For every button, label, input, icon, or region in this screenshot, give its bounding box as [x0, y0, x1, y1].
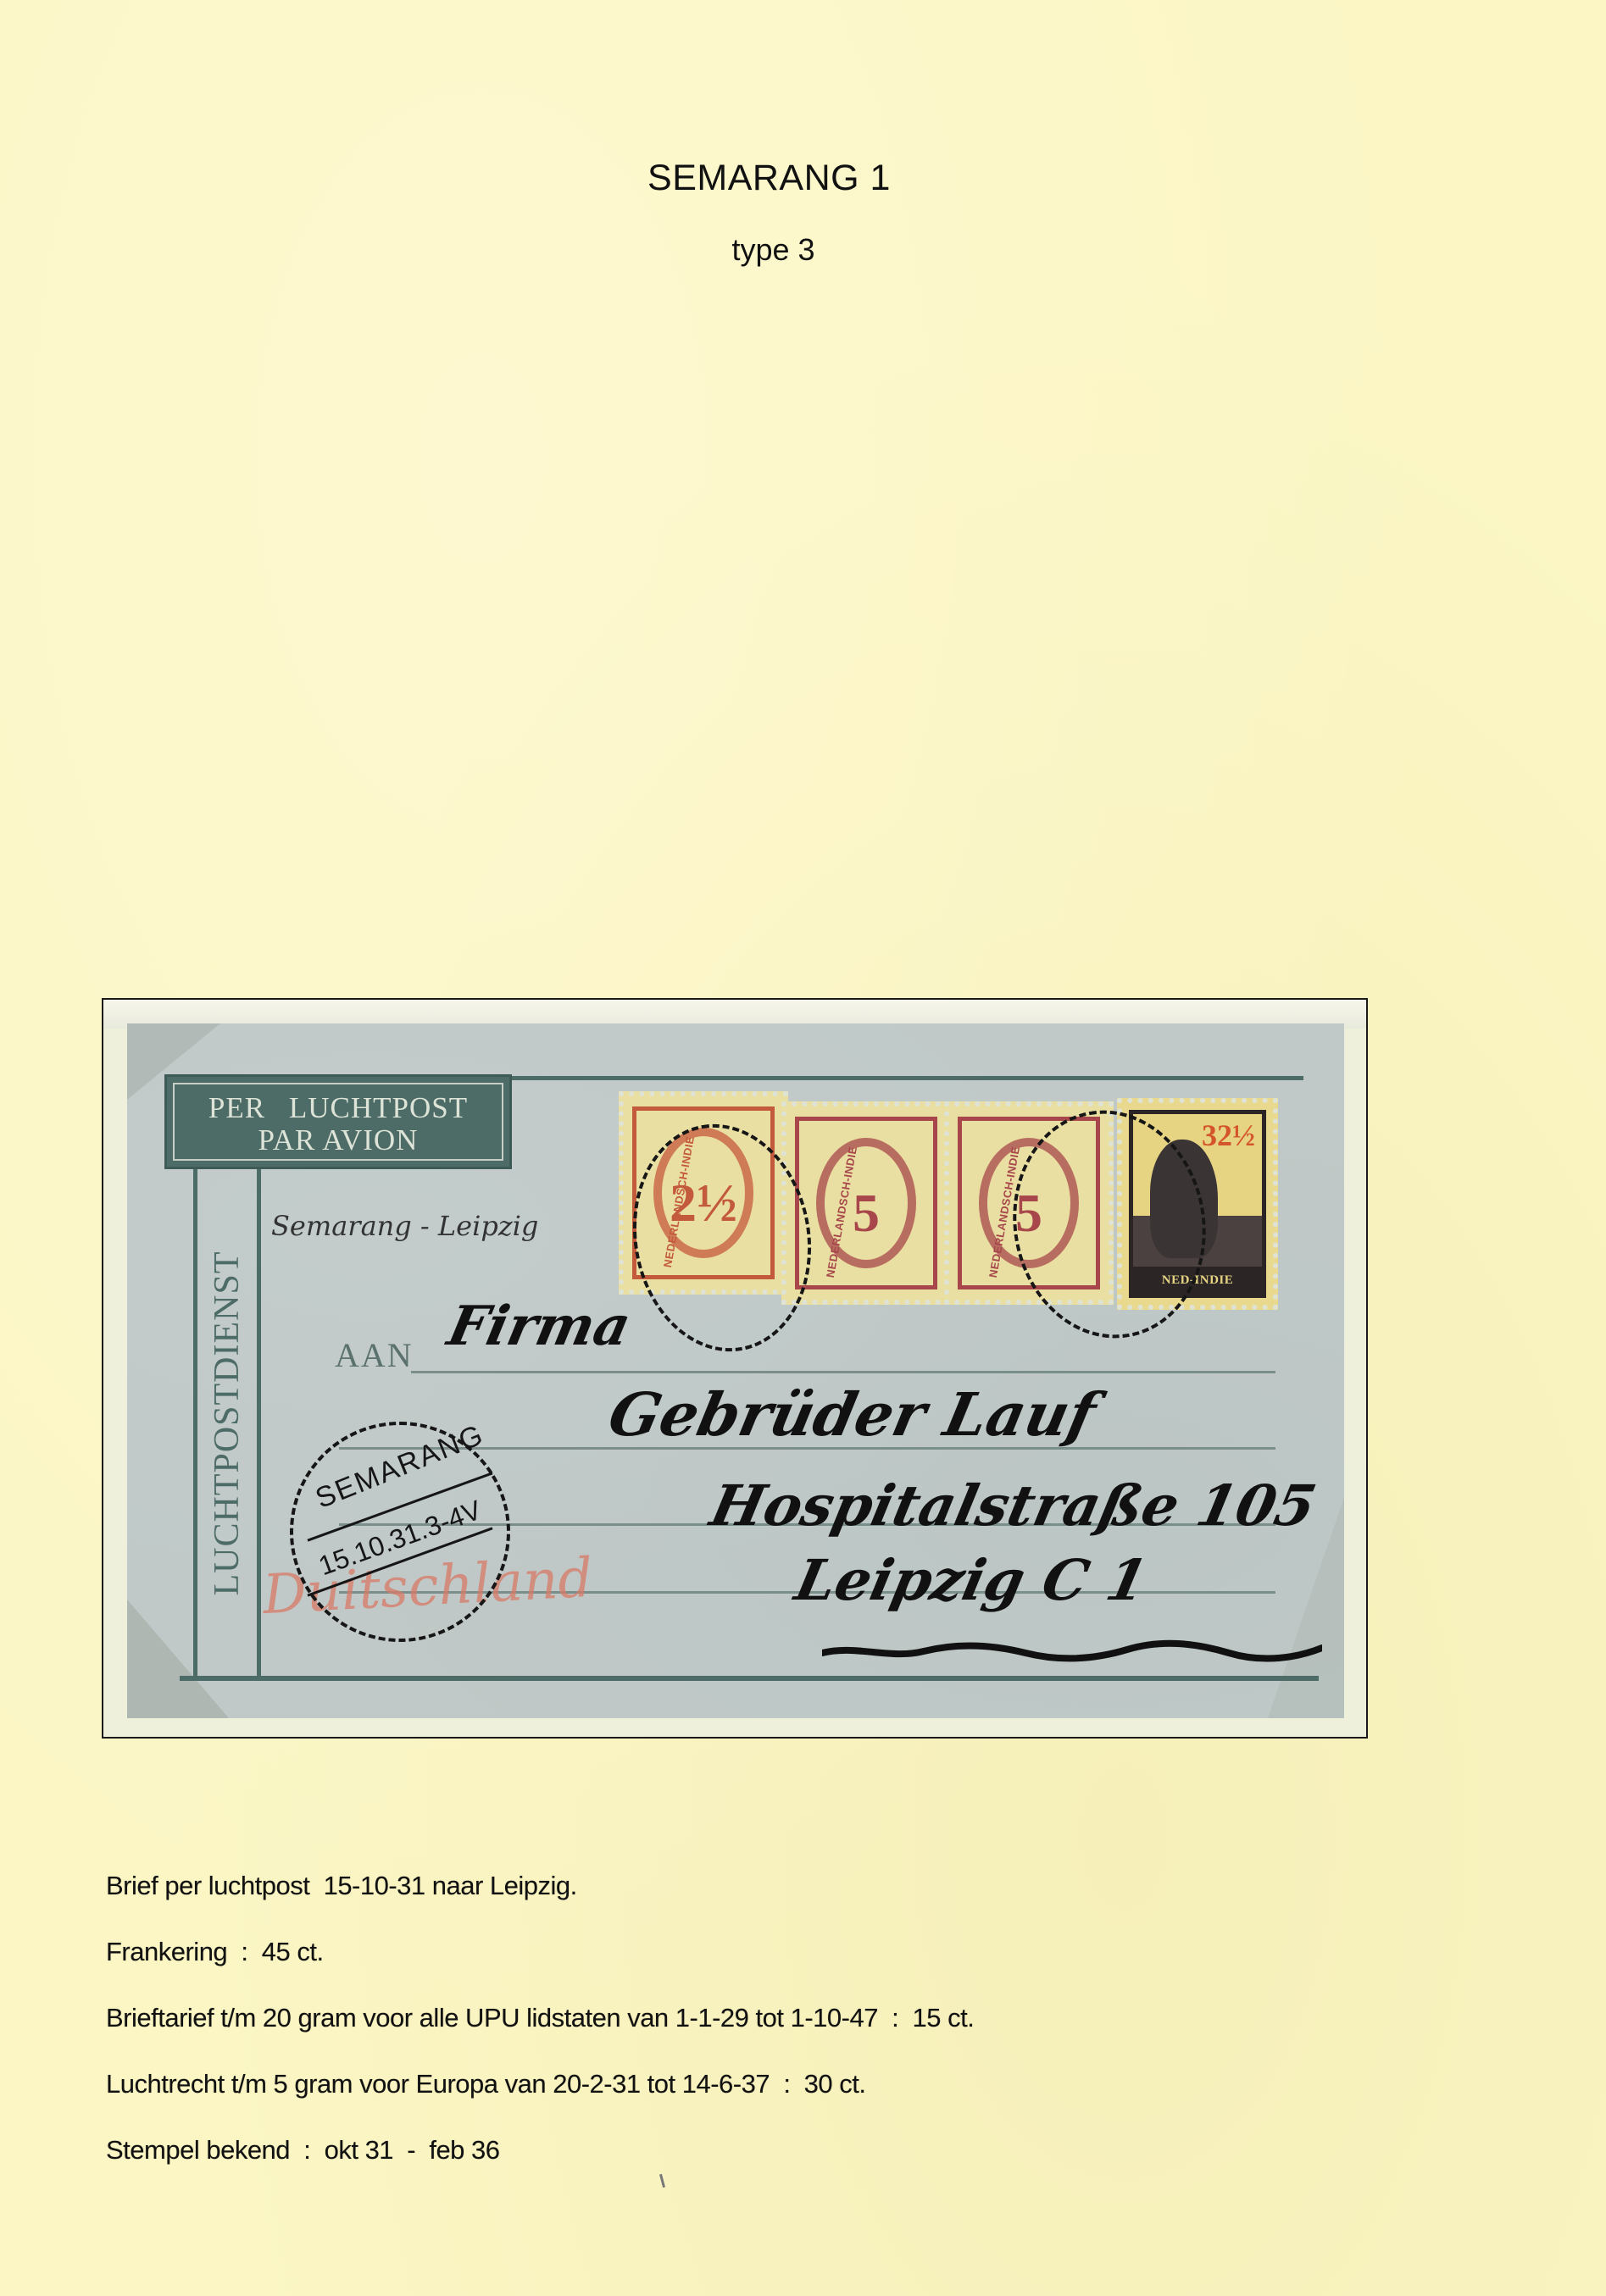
description-line-1: Brief per luchtpost 15-10-31 naar Leipzi…: [106, 1871, 577, 1901]
postmark-semarang: SEMARANG 15.10.31.3-4V: [290, 1422, 510, 1642]
address-line-4: Leipzig C 1: [790, 1547, 1153, 1613]
underline-flourish: [822, 1638, 1322, 1663]
airmail-label-line1: PER LUCHTPOST: [175, 1091, 502, 1125]
airmail-envelope: PER LUCHTPOST PAR AVION LUCHTPOSTDIENST …: [127, 1023, 1344, 1718]
envelope-top-rule: [512, 1076, 1303, 1080]
description-line-2: Frankering : 45 ct.: [106, 1937, 324, 1967]
description-line-5: Stempel bekend : okt 31 - feb 36: [106, 2135, 500, 2166]
description-line-3: Brieftarief t/m 20 gram voor alle UPU li…: [106, 2003, 974, 2033]
page-title: SEMARANG 1: [0, 158, 1538, 199]
address-line-3: Hospitalstraße 105: [705, 1472, 1322, 1539]
route-note: Semarang - Leipzig: [271, 1210, 538, 1242]
page-subtitle: type 3: [0, 232, 1547, 268]
airmail-label: PER LUCHTPOST PAR AVION: [164, 1074, 512, 1169]
stamp-value: 32½: [1202, 1117, 1255, 1153]
album-mount: PER LUCHTPOST PAR AVION LUCHTPOSTDIENST …: [102, 998, 1368, 1739]
address-line: [411, 1371, 1275, 1373]
address-line-1: Firma: [442, 1295, 636, 1358]
side-panel: LUCHTPOSTDIENST: [193, 1169, 261, 1678]
stamp-value: 5: [799, 1182, 933, 1245]
address-line-2: Gebrüder Lauf: [603, 1379, 1102, 1450]
addressee-label: AAN: [335, 1335, 414, 1375]
description-line-4: Luchtrecht t/m 5 gram voor Europa van 20…: [106, 2069, 865, 2099]
side-panel-text: LUCHTPOSTDIENST: [207, 1251, 247, 1595]
airmail-label-line2: PAR AVION: [175, 1123, 502, 1157]
envelope-bottom-rule: [180, 1676, 1319, 1681]
